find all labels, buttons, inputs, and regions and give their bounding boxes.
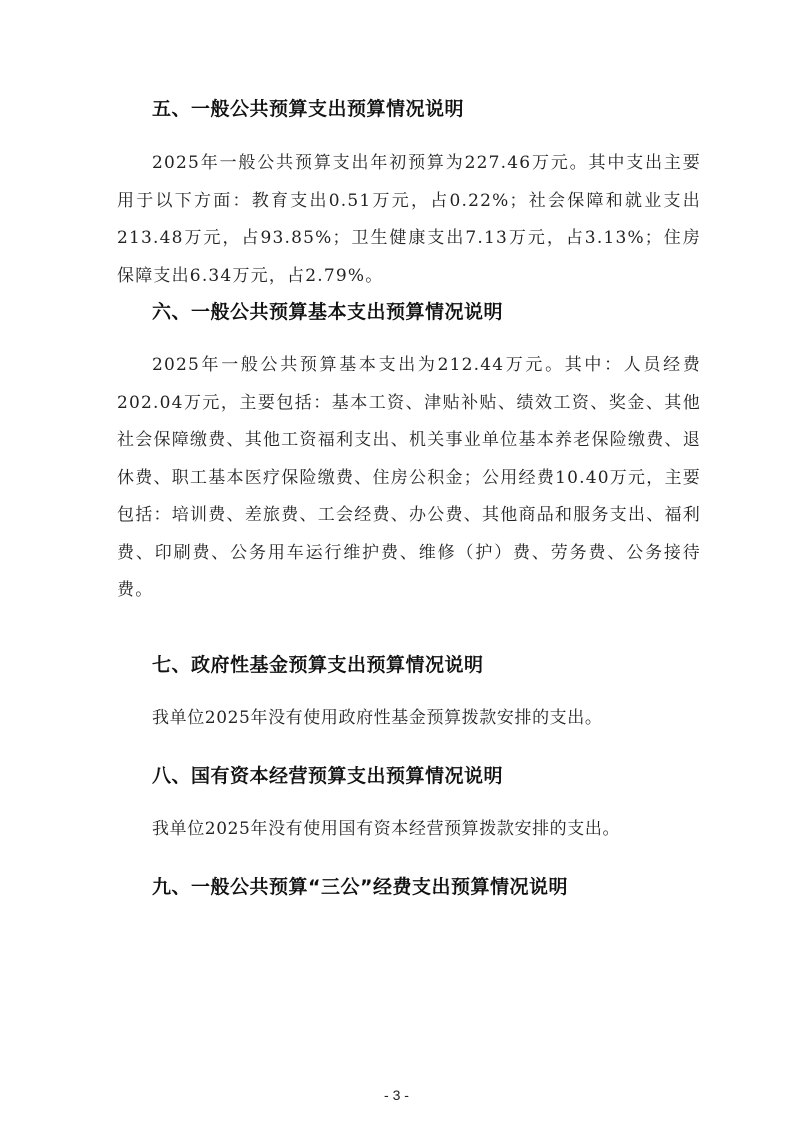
- page-number: - 3 -: [0, 1087, 793, 1103]
- section-heading-6: 六、一般公共预算基本支出预算情况说明: [152, 297, 712, 324]
- section-body-6: 2025年一般公共预算基本支出为212.44万元。其中：人员经费202.04万元…: [117, 347, 701, 610]
- section-body-7: 我单位2025年没有使用政府性基金预算拨款安排的支出。: [117, 700, 701, 738]
- section-heading-7: 七、政府性基金预算支出预算情况说明: [152, 650, 712, 677]
- document-page: 五、一般公共预算支出预算情况说明 2025年一般公共预算支出年初预算为227.4…: [0, 0, 793, 1122]
- section-heading-5: 五、一般公共预算支出预算情况说明: [152, 94, 712, 121]
- section-body-8: 我单位2025年没有使用国有资本经营预算拨款安排的支出。: [117, 811, 701, 849]
- section-body-5: 2025年一般公共预算支出年初预算为227.46万元。其中支出主要用于以下方面：…: [117, 145, 701, 295]
- section-heading-9: 九、一般公共预算“三公”经费支出预算情况说明: [152, 872, 712, 899]
- section-heading-8: 八、国有资本经营预算支出预算情况说明: [152, 761, 712, 788]
